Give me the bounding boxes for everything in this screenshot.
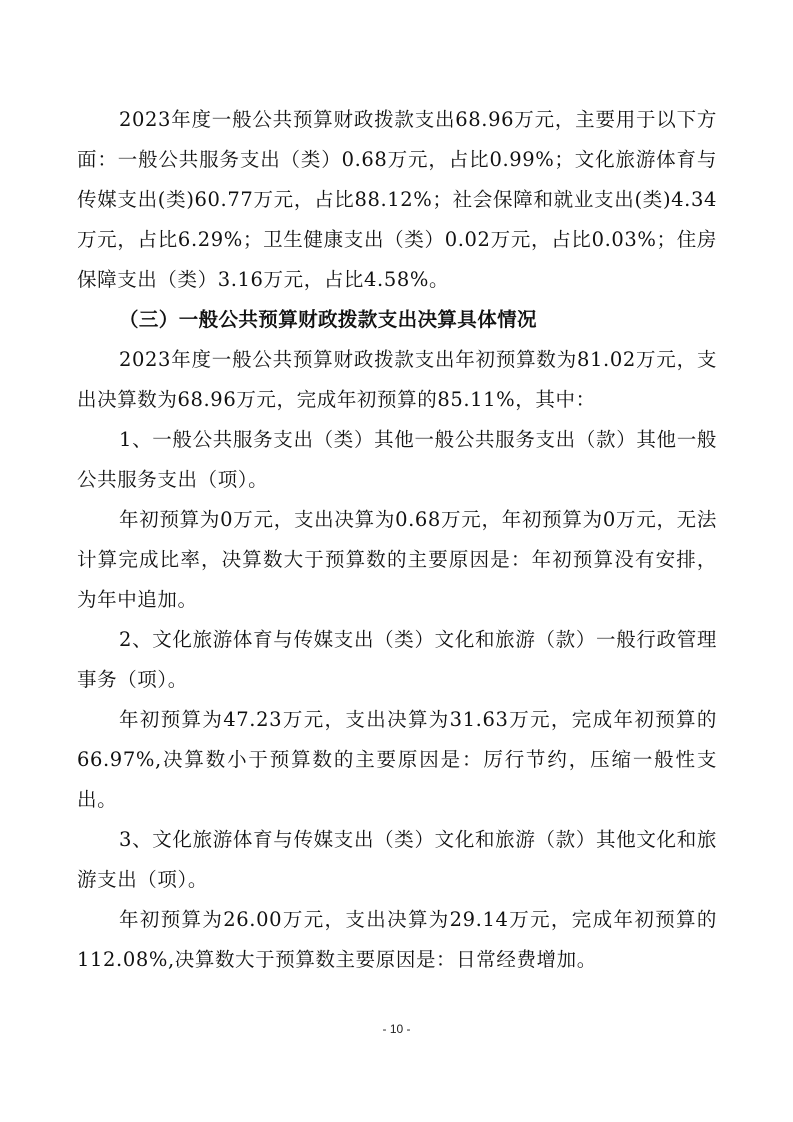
page-number: - 10 - [0, 1022, 793, 1036]
item-3-detail: 年初预算为26.00万元，支出决算为29.14万元，完成年初预算的112.08%… [77, 900, 717, 980]
item-2-title: 2、文化旅游体育与传媒支出（类）文化和旅游（款）一般行政管理事务（项）。 [77, 620, 717, 700]
section-heading-three: （三）一般公共预算财政拨款支出决算具体情况 [77, 300, 717, 340]
budget-summary-paragraph: 2023年度一般公共预算财政拨款支出年初预算数为81.02万元，支出决算数为68… [77, 340, 717, 420]
item-1-detail: 年初预算为0万元，支出决算为0.68万元，年初预算为0万元，无法计算完成比率，决… [77, 500, 717, 620]
expenditure-overview-paragraph: 2023年度一般公共预算财政拨款支出68.96万元，主要用于以下方面：一般公共服… [77, 100, 717, 300]
document-page: 2023年度一般公共预算财政拨款支出68.96万元，主要用于以下方面：一般公共服… [77, 100, 717, 980]
item-2-detail: 年初预算为47.23万元，支出决算为31.63万元，完成年初预算的66.97%,… [77, 700, 717, 820]
item-1-title: 1、一般公共服务支出（类）其他一般公共服务支出（款）其他一般公共服务支出（项）。 [77, 420, 717, 500]
item-3-title: 3、文化旅游体育与传媒支出（类）文化和旅游（款）其他文化和旅游支出（项）。 [77, 820, 717, 900]
